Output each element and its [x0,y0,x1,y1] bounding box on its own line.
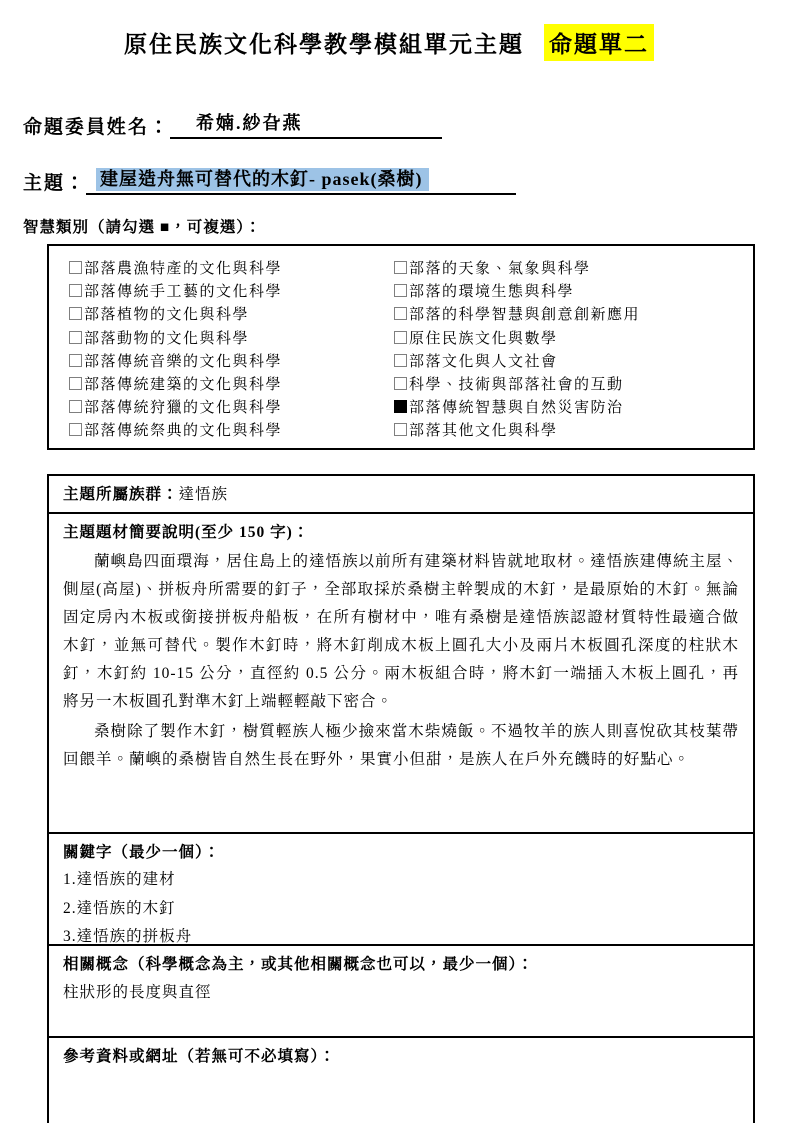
summary-label: 主題題材簡要說明(至少 150 字)： [63,520,739,546]
summary-row: 主題題材簡要說明(至少 150 字)： 蘭嶼島四面環海，居住島上的達悟族以前所有… [49,514,753,834]
category-item[interactable]: 部落其他文化與科學 [394,418,753,441]
category-item[interactable]: 部落農漁特產的文化與科學 [69,256,394,279]
category-label: 部落的環境生態與科學 [409,280,574,301]
topic-row: 主題：建屋造舟無可替代的木釘- pasek(桑樹) [23,165,755,195]
checkbox-icon[interactable] [69,331,82,344]
checkbox-icon[interactable] [69,284,82,297]
topic-value: 建屋造舟無可替代的木釘- pasek(桑樹) [96,168,429,191]
keyword-item: 2.達悟族的木釘 [63,895,739,924]
category-label: 部落傳統狩獵的文化與科學 [84,396,282,417]
document-page: 原住民族文化科學教學模組單元主題命題單二 命題委員姓名：希婻.紗旮燕 主題：建屋… [0,0,793,1123]
ethnic-group-value: 達悟族 [179,486,229,503]
category-item[interactable]: 部落傳統狩獵的文化與科學 [69,395,394,418]
category-item[interactable]: 部落文化與人文社會 [394,349,753,372]
keyword-item: 1.達悟族的建材 [63,866,739,895]
checkbox-icon[interactable] [394,261,407,274]
checkbox-icon[interactable] [69,400,82,413]
checkbox-icon[interactable] [69,423,82,436]
checkbox-icon[interactable] [69,261,82,274]
committee-name-label: 命題委員姓名： [23,117,170,138]
ethnic-group-label: 主題所屬族群： [63,486,179,503]
keywords-label: 關鍵字（最少一個）： [63,840,739,866]
concepts-label: 相關概念（科學概念為主，或其他相關概念也可以，最少一個）： [63,952,739,978]
checkbox-icon[interactable] [394,354,407,367]
checkbox-icon[interactable] [394,423,407,436]
category-item[interactable]: 部落傳統祭典的文化與科學 [69,418,394,441]
checkbox-checked-icon[interactable] [394,400,407,413]
committee-name-field[interactable]: 希婻.紗旮燕 [170,109,442,139]
category-label: 部落傳統建築的文化與科學 [84,373,282,394]
category-item[interactable]: 部落的天象、氣象與科學 [394,256,753,279]
checkbox-icon[interactable] [69,307,82,320]
references-label: 參考資料或網址（若無可不必填寫）： [63,1044,739,1070]
category-label: 部落的科學智慧與創意創新應用 [409,303,640,324]
category-item[interactable]: 部落的環境生態與科學 [394,279,753,302]
concepts-row: 相關概念（科學概念為主，或其他相關概念也可以，最少一個）： 柱狀形的長度與直徑 [49,946,753,1038]
category-item[interactable]: 部落傳統建築的文化與科學 [69,372,394,395]
category-label: 部落其他文化與科學 [409,419,558,440]
category-label: 原住民族文化與數學 [409,327,558,348]
category-item[interactable]: 原住民族文化與數學 [394,326,753,349]
category-label: 部落傳統智慧與自然災害防治 [409,396,624,417]
concepts-value: 柱狀形的長度與直徑 [63,978,739,1008]
committee-name-value: 希婻.紗旮燕 [196,113,303,133]
summary-paragraph-2: 桑樹除了製作木釘，樹質輕族人極少撿來當木柴燒飯。不過牧羊的族人則喜悅砍其枝葉帶回… [63,718,739,774]
category-item[interactable]: 部落植物的文化與科學 [69,302,394,325]
checkbox-icon[interactable] [69,354,82,367]
category-item[interactable]: 部落的科學智慧與創意創新應用 [394,302,753,325]
category-item-checked[interactable]: 部落傳統智慧與自然災害防治 [394,395,753,418]
category-section-label: 智慧類別（請勾選 ■，可複選）： [23,215,755,237]
assignment-badge: 命題單二 [544,24,654,61]
checkbox-icon[interactable] [394,284,407,297]
page-title-text: 原住民族文化科學教學模組單元主題 [124,32,524,57]
category-label: 部落傳統祭典的文化與科學 [84,419,282,440]
topic-field[interactable]: 建屋造舟無可替代的木釘- pasek(桑樹) [86,165,516,195]
keywords-row: 關鍵字（最少一個）： 1.達悟族的建材 2.達悟族的木釘 3.達悟族的拼板舟 [49,834,753,946]
category-item[interactable]: 科學、技術與部落社會的互動 [394,372,753,395]
category-label: 科學、技術與部落社會的互動 [409,373,624,394]
category-column-left: 部落農漁特產的文化與科學 部落傳統手工藝的文化科學 部落植物的文化與科學 部落動… [69,256,394,448]
page-title: 原住民族文化科學教學模組單元主題命題單二 [23,24,755,61]
category-item[interactable]: 部落傳統音樂的文化與科學 [69,349,394,372]
committee-name-row: 命題委員姓名：希婻.紗旮燕 [23,109,755,139]
category-column-right: 部落的天象、氣象與科學 部落的環境生態與科學 部落的科學智慧與創意創新應用 原住… [394,256,753,448]
references-row: 參考資料或網址（若無可不必填寫）： [49,1038,753,1123]
category-label: 部落傳統音樂的文化與科學 [84,350,282,371]
checkbox-icon[interactable] [69,377,82,390]
checkbox-icon[interactable] [394,331,407,344]
category-label: 部落植物的文化與科學 [84,303,249,324]
category-label: 部落傳統手工藝的文化科學 [84,280,282,301]
category-item[interactable]: 部落動物的文化與科學 [69,326,394,349]
checkbox-icon[interactable] [394,377,407,390]
category-label: 部落動物的文化與科學 [84,327,249,348]
category-label: 部落農漁特產的文化與科學 [84,257,282,278]
summary-paragraph-1: 蘭嶼島四面環海，居住島上的達悟族以前所有建築材料皆就地取材。達悟族建傳統主屋、側… [63,548,739,716]
topic-label: 主題： [23,173,86,194]
detail-table: 主題所屬族群：達悟族 主題題材簡要說明(至少 150 字)： 蘭嶼島四面環海，居… [47,474,755,1123]
category-checkbox-box: 部落農漁特產的文化與科學 部落傳統手工藝的文化科學 部落植物的文化與科學 部落動… [47,244,755,450]
checkbox-icon[interactable] [394,307,407,320]
category-label: 部落的天象、氣象與科學 [409,257,591,278]
category-label: 部落文化與人文社會 [409,350,558,371]
ethnic-group-row: 主題所屬族群：達悟族 [49,476,753,514]
category-item[interactable]: 部落傳統手工藝的文化科學 [69,279,394,302]
